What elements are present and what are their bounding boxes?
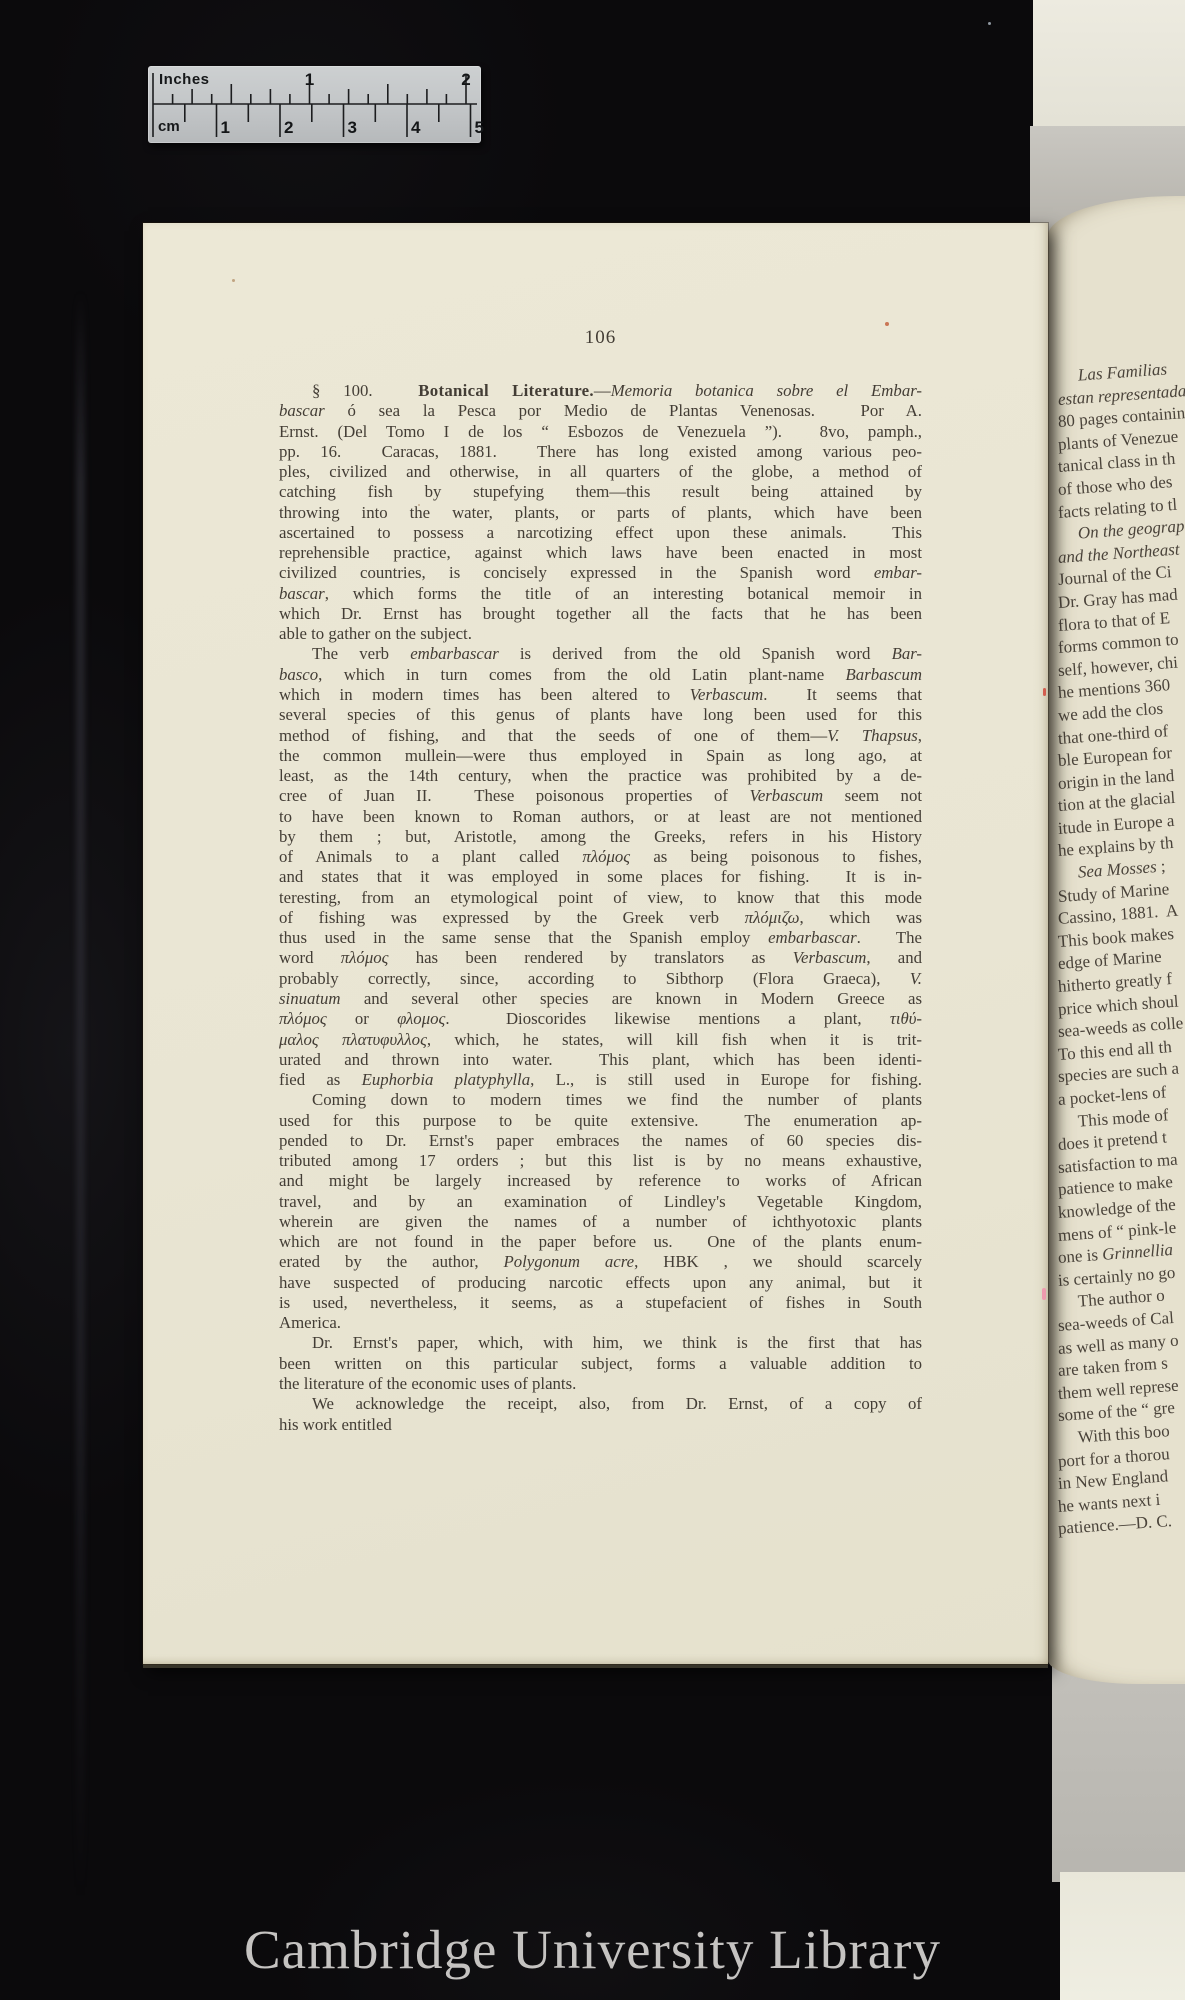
text-line: by them ; but, Aristotle, among the Gree… — [279, 827, 922, 847]
text-line: been written on this particular subject,… — [279, 1354, 922, 1374]
text-line: have suspected of producing narcotic eff… — [279, 1273, 922, 1293]
text-line: The verb embarbascar is derived from the… — [279, 644, 922, 664]
page-edge-ivory-top — [1033, 0, 1185, 136]
text-line: cree of Juan II. These poisonous propert… — [279, 786, 922, 806]
text-line: used for this purpose to be quite extens… — [279, 1111, 922, 1131]
text-line: § 100. Botanical Literature.—Memoria bot… — [279, 381, 922, 401]
text-line: his work entitled — [279, 1415, 922, 1435]
paper-freckle-2 — [418, 504, 420, 506]
scanned-book-photo: Inches cm 1212345 Las Familiasestan repr… — [0, 0, 1185, 2000]
text-line: the literature of the economic uses of p… — [279, 1374, 922, 1394]
text-line: We acknowledge the receipt, also, from D… — [279, 1394, 922, 1414]
velvet-fold — [76, 290, 85, 1900]
text-line: fied as Euphorbia platyphylla, L., is st… — [279, 1070, 922, 1090]
text-line: Coming down to modern times we find the … — [279, 1090, 922, 1110]
text-line: probably correctly, since, according to … — [279, 969, 922, 989]
text-line: erated by the author, Polygonum acre, HB… — [279, 1252, 922, 1272]
text-line: civilized countries, is concisely expres… — [279, 563, 922, 583]
text-line: throwing into the water, plants, or part… — [279, 503, 922, 523]
page-number: 106 — [279, 327, 922, 349]
text-line: the common mullein—were thus employed in… — [279, 746, 922, 766]
ruler-cm-number: 2 — [284, 118, 293, 138]
text-line: pended to Dr. Ernst's paper embraces the… — [279, 1131, 922, 1151]
text-line: least, as the 14th century, when the pra… — [279, 766, 922, 786]
text-line: ples, civilized and otherwise, in all qu… — [279, 462, 922, 482]
text-line: tributed among 17 orders ; but this list… — [279, 1151, 922, 1171]
ink-speck — [885, 322, 889, 326]
text-line: America. — [279, 1313, 922, 1333]
ruler-inch-number: 1 — [305, 70, 314, 90]
text-line: and might be largely increased by refere… — [279, 1171, 922, 1191]
dust-speck — [988, 22, 991, 25]
ruler: Inches cm 1212345 — [148, 66, 481, 143]
paper-freckle — [232, 279, 235, 282]
ruler-cm-label: cm — [158, 118, 180, 135]
text-line: catching fish by stupefying them—this re… — [279, 482, 922, 502]
text-line: thus used in the same sense that the Spa… — [279, 928, 922, 948]
ruler-inches-label: Inches — [159, 71, 210, 88]
ruler-cm-number: 1 — [221, 118, 230, 138]
text-line: sinuatum and several other species are k… — [279, 989, 922, 1009]
text-line: pp. 16. Caracas, 1881. There has long ex… — [279, 442, 922, 462]
text-line: several species of this genus of plants … — [279, 705, 922, 725]
text-line: which Dr. Ernst has brought together all… — [279, 604, 922, 624]
text-line: basco, which in turn comes from the old … — [279, 665, 922, 685]
ruler-cm-number: 3 — [348, 118, 357, 138]
page-edge-gray-bottom — [1052, 1666, 1185, 1882]
text-line: able to gather on the subject. — [279, 624, 922, 644]
text-line: bascar ó sea la Pesca por Medio de Plant… — [279, 401, 922, 421]
ruler-cm-number: 5 — [475, 118, 484, 138]
text-line: and states that it was employed in some … — [279, 867, 922, 887]
text-line: bascar, which forms the title of an inte… — [279, 584, 922, 604]
text-line: which in modern times has been altered t… — [279, 685, 922, 705]
text-line: πλόμος or φλομος. Dioscorides likewise m… — [279, 1009, 922, 1029]
page-text: § 100. Botanical Literature.—Memoria bot… — [279, 381, 922, 1435]
text-line: of fishing was expressed by the Greek ve… — [279, 908, 922, 928]
text-line: is used, nevertheless, it seems, as a st… — [279, 1293, 922, 1313]
pink-mark-2 — [1042, 1288, 1046, 1300]
text-line: Dr. Ernst's paper, which, with him, we t… — [279, 1333, 922, 1353]
text-line: ascertained to possess a narcotizing eff… — [279, 523, 922, 543]
text-line: of Animals to a plant called πλόμος as b… — [279, 847, 922, 867]
text-line: urated and thrown into water. This plant… — [279, 1050, 922, 1070]
text-line: method of fishing, and that the seeds of… — [279, 726, 922, 746]
book-page: 106 § 100. Botanical Literature.—Memoria… — [143, 223, 1048, 1664]
text-line: which are not found in the paper before … — [279, 1232, 922, 1252]
text-line: wherein are given the names of a number … — [279, 1212, 922, 1232]
text-line: μαλος πλατυφυλλος, which, he states, wil… — [279, 1030, 922, 1050]
text-line: travel, and by an examination of Lindley… — [279, 1192, 922, 1212]
text-line: word πλόμος has been rendered by transla… — [279, 948, 922, 968]
pink-mark — [1043, 688, 1046, 696]
facing-page-text: Las Familiasestan representada80 pages c… — [1058, 366, 1185, 1556]
text-line: Ernst. (Del Tomo I de los “ Esbozos de V… — [279, 422, 922, 442]
text-line: to have been known to Roman authors, or … — [279, 807, 922, 827]
library-watermark: Cambridge University Library — [0, 1918, 1185, 1981]
text-line: reprehensible practice, against which la… — [279, 543, 922, 563]
text-line: teresting, from an etymological point of… — [279, 888, 922, 908]
ruler-cm-number: 4 — [411, 118, 420, 138]
ruler-inch-number: 2 — [461, 70, 470, 90]
